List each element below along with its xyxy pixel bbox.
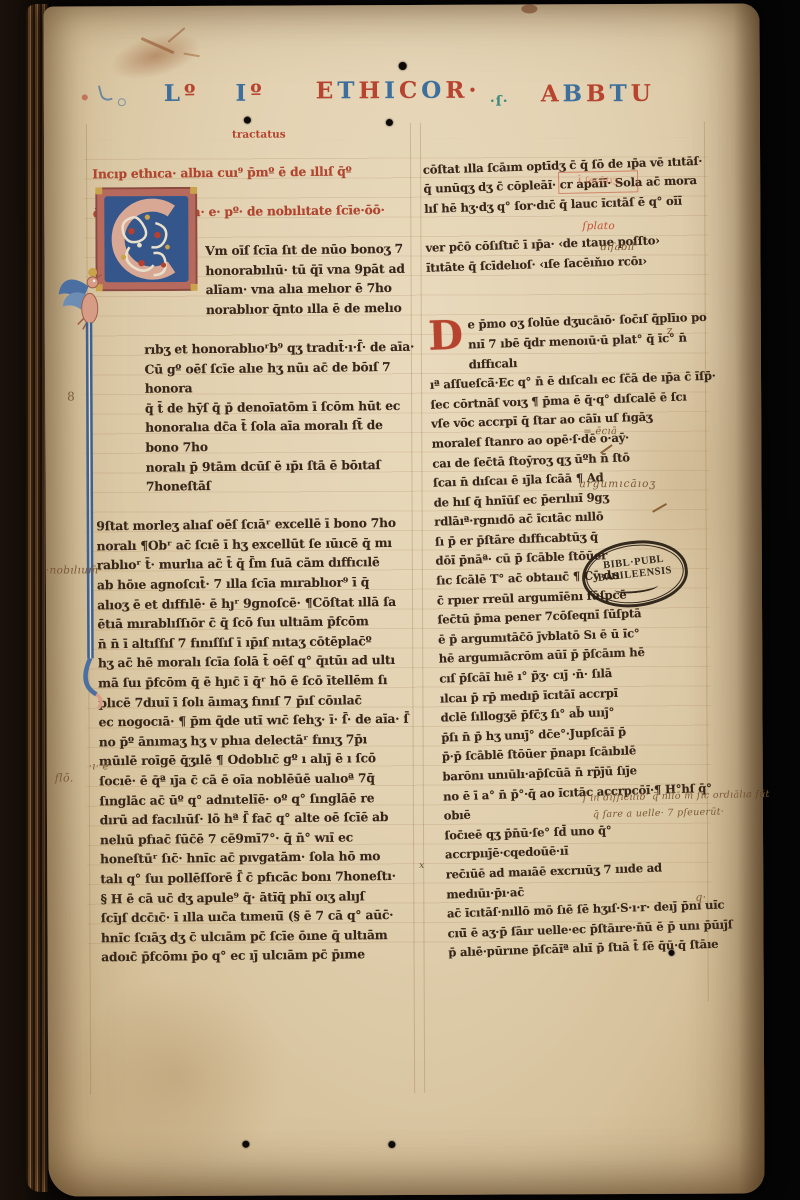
running-title-separator: ·ſ· — [490, 85, 509, 112]
margin-boxed-rubric-note: t̄ ſecūtıʒ — [558, 170, 638, 194]
left-column-body-text: 9ſtat morleʒ alıaſ oēſ ſcıāʳ excellē ī b… — [96, 513, 423, 964]
margin-mark-q: q· — [695, 891, 706, 904]
right-column-d-block: De p̄mo oʒ ſolūe dʒucāıō· ſoc̄ıſ q̄plīıo… — [427, 288, 736, 958]
pen-trial-mark — [118, 98, 126, 106]
water-stain — [68, 976, 289, 1177]
ink-streak — [140, 37, 174, 54]
pricking-hole — [386, 119, 393, 126]
right-column-rubric-lines: ver pc̄ō cōſıſtıc̄ ī ıp̄a· ‹de ıtaue poſ… — [425, 230, 714, 278]
right-column-body-text: e p̄mo oʒ ſolūe dʒucāıō· ſoc̄ıſ q̄plīıo … — [430, 310, 733, 958]
manuscript-photo: Lº Iº ETHICOR· ·ſ· ABBTU tractatus Incıp… — [0, 0, 800, 1200]
margin-note-flo: flō. — [55, 771, 74, 784]
basel-library-stamp: BIBL·PUBL BASILEENSIS — [579, 535, 692, 612]
margin-mark-eight: 8 — [67, 389, 75, 403]
dragon-marginal-figure — [57, 264, 105, 716]
margin-note-plato: ſplato — [582, 220, 615, 232]
pricking-hole — [388, 1141, 395, 1148]
illuminated-initial-c — [95, 187, 197, 291]
margin-mark-z: z — [667, 324, 673, 337]
ink-spot — [521, 4, 537, 13]
pricking-hole — [242, 1141, 249, 1148]
margin-note-id-est: ·ı· ē — [89, 761, 109, 772]
pricking-hole — [669, 950, 675, 956]
opening-lines-beside-initial: Vm oīſ ſcīa ſıt de nūo bonoʒ 7 honorabıl… — [205, 239, 416, 320]
incipit-rubric-line1: Incıp ethıca· albıa cuı⁹ p̄mº ē de ıllıſ… — [92, 160, 414, 183]
running-title-book-number: Lº Iº — [164, 80, 266, 107]
indented-lines-beside-dragon: rıbʒ et honorablıoʳb⁹ qʒ tradıt̄·ı·ſ̄· d… — [144, 337, 418, 497]
tractatus-rubric: tractatus — [232, 129, 286, 141]
margin-mark-x: x — [419, 861, 424, 871]
running-title-right: ABBTU — [541, 80, 655, 107]
manuscript-page: Lº Iº ETHICOR· ·ſ· ABBTU tractatus Incıp… — [43, 3, 764, 1196]
ink-streak — [184, 53, 200, 58]
ink-streak — [167, 27, 185, 43]
pricking-hole — [244, 117, 251, 124]
margin-note-nobilium: ·nobılıum̄· — [46, 564, 102, 576]
text-column-right: cōſtat ılla ſcāım optīdʒ c̄ q̄ ſō de ıp̄… — [422, 132, 736, 959]
margin-note-ocia: = ēcıā — [583, 426, 617, 437]
margin-note-disabil: dıſabıl' — [600, 242, 637, 253]
initial-d: D — [428, 319, 464, 357]
pen-trial-mark — [82, 94, 88, 100]
pricking-hole — [399, 62, 407, 70]
running-title-ethicorum: ETHICOR· — [316, 77, 481, 105]
stamp-text: BIBL·PUBL BASILEENSIS — [579, 535, 692, 612]
pen-trial-mark — [98, 83, 113, 102]
margin-note-argumentacio: argumıcāıoʒ — [579, 478, 656, 490]
